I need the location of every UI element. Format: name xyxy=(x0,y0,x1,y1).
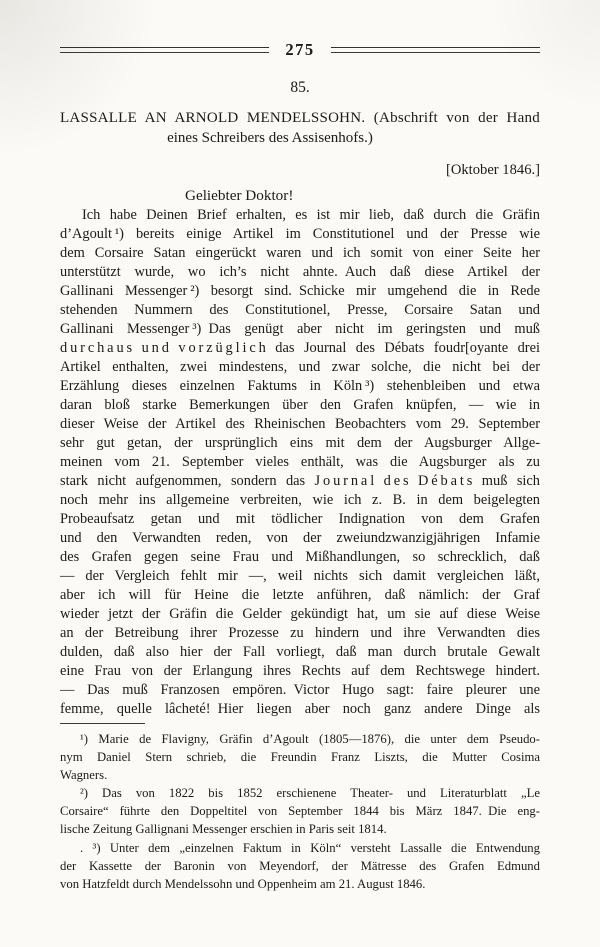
body-line: Gallinani Messenger ²) besorgt sind. Sch… xyxy=(60,282,540,301)
footnote-line: Corsaire“ führte den Doppeltitel von Sep… xyxy=(60,802,540,820)
footnote-line: Wagners. xyxy=(60,766,540,784)
body-line: sehr gut getan, der ursprünglich eins mi… xyxy=(60,434,540,453)
footnotes: ¹) Marie de Flavigny, Gräfin d’Agoult (1… xyxy=(60,730,540,893)
letter-date: [Oktober 1846.] xyxy=(60,161,540,180)
footnote-line: nym Daniel Stern schrieb, die Freundin F… xyxy=(60,748,540,766)
body-line: des Grafen gegen seine Frau und Mißhandl… xyxy=(60,548,540,567)
body-line: dulden, daß also hier der Fall vorliegt,… xyxy=(60,643,540,662)
letter-heading-line-2: eines Schreibers des Assisenhofs.) xyxy=(60,128,480,148)
body-line: an der Betreibung ihrer Prozesse zu hind… xyxy=(60,624,540,643)
footnote-separator xyxy=(60,723,145,724)
page-number: 275 xyxy=(269,40,330,60)
body-line: — Das muß Franzosen empören. Victor Hugo… xyxy=(60,681,540,700)
body-line: meinen vom 21. September vieles enthält,… xyxy=(60,453,540,472)
scanned-book-page: 275 85. LASSALLE AN ARNOLD MENDELSSOHN. … xyxy=(0,0,600,947)
body-line: — der Vergleich fehlt mir —, weil nichts… xyxy=(60,567,540,586)
body-line: Erzählung dieses einzelnen Faktums in Kö… xyxy=(60,377,540,396)
header-rule-right xyxy=(331,47,540,53)
text-block: 275 85. LASSALLE AN ARNOLD MENDELSSOHN. … xyxy=(60,0,540,893)
letter-body: Ich habe Deinen Brief erhalten, es ist m… xyxy=(60,206,540,719)
body-line: dem Corsaire Satan eingerückt waren und … xyxy=(60,244,540,263)
footnote-line: lische Zeitung Gallignani Messenger ersc… xyxy=(60,820,540,838)
page-header: 275 xyxy=(60,40,540,60)
body-line: d’Agoult ¹) bereits einige Artikel im Co… xyxy=(60,225,540,244)
salutation: Geliebter Doktor! xyxy=(185,186,540,205)
footnote-line: . ³) Unter dem „einzelnen Faktum in Köln… xyxy=(60,839,540,857)
body-line: eine Frau von der Erlangung ihres Rechts… xyxy=(60,662,540,681)
footnote-line: von Hatzfeldt durch Mendelssohn und Oppe… xyxy=(60,875,540,893)
header-rule-left xyxy=(60,47,269,53)
body-line: Artikel enthalten, zwei mindestens, und … xyxy=(60,358,540,377)
body-line: dieser Weise der Artikel des Rheinischen… xyxy=(60,415,540,434)
body-line: wieder jetzt der Gräfin die Gelder gekün… xyxy=(60,605,540,624)
body-line: Gallinani Messenger ³) Das genügt aber n… xyxy=(60,320,540,339)
body-line: aber ich will für Heine die letzte anfüh… xyxy=(60,586,540,605)
body-line: Ich habe Deinen Brief erhalten, es ist m… xyxy=(60,206,540,225)
body-line: stark nicht aufgenommen, sondern das J o… xyxy=(60,472,540,491)
body-line: Probeaufsatz getan und mit tödlicher Ind… xyxy=(60,510,540,529)
letter-number: 85. xyxy=(60,78,540,98)
body-line: stehenden Nummern des Constitutionel, Pr… xyxy=(60,301,540,320)
letter-heading-line-1: LASSALLE AN ARNOLD MENDELSSOHN. (Abschri… xyxy=(60,108,540,128)
body-line: unterstützt wurde, wo ich’s nicht ahnte.… xyxy=(60,263,540,282)
body-line: und den Verwandten reden, von der zweiun… xyxy=(60,529,540,548)
footnote-line: der Kassette der Baronin von Meyendorf, … xyxy=(60,857,540,875)
footnote-line: ²) Das von 1822 bis 1852 erschienene The… xyxy=(60,784,540,802)
body-line: noch mehr ins allgemeine verbreiten, wie… xyxy=(60,491,540,510)
body-line: d u r c h a u s u n d v o r z ü g l i c … xyxy=(60,339,540,358)
body-line: daran bloß starke Bemerkungen über den G… xyxy=(60,396,540,415)
footnote-line: ¹) Marie de Flavigny, Gräfin d’Agoult (1… xyxy=(60,730,540,748)
body-line: femme, quelle lâcheté! Hier liegen aber … xyxy=(60,700,540,719)
